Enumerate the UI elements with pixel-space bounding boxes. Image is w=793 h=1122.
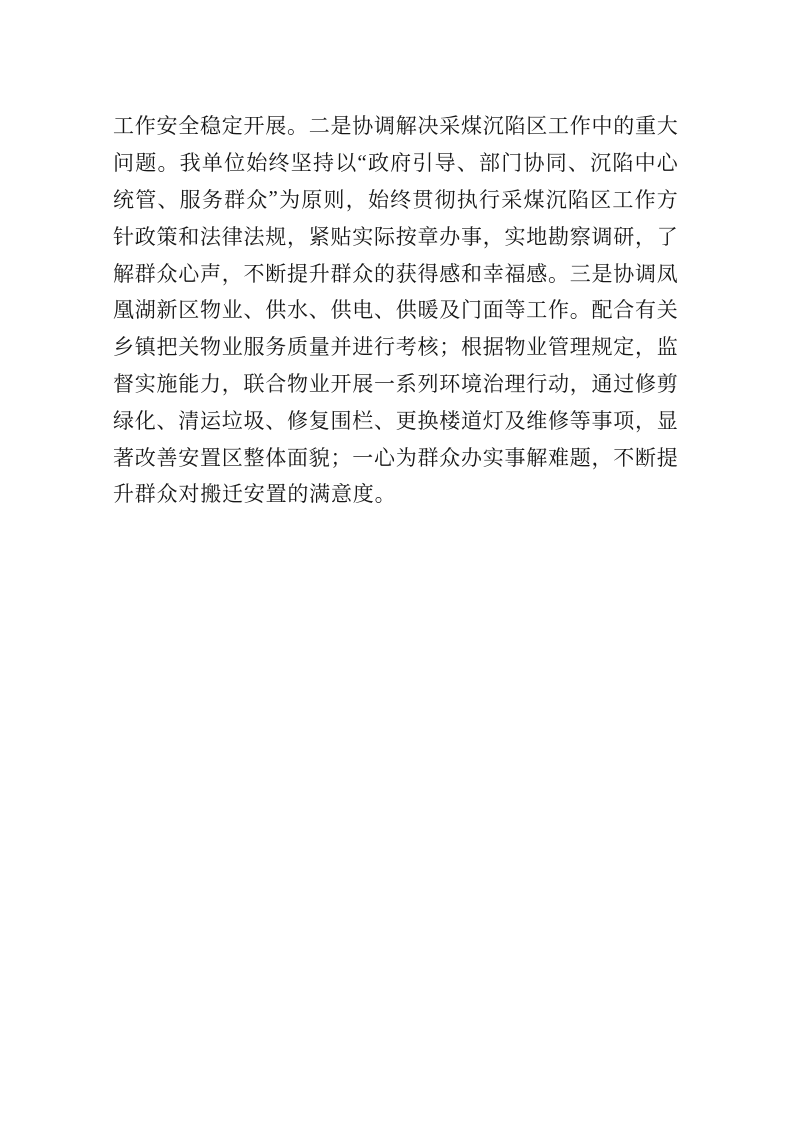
text-char: 垃 [222,405,243,435]
text-char: 三 [570,258,591,288]
text-char: 定 [613,331,634,361]
text-char: 陷 [568,184,589,214]
text-char: ， [287,221,308,251]
text-char: 关 [657,294,678,324]
text-char: 事 [461,221,482,251]
text-char: 陷 [612,147,633,177]
text-char: 为 [396,442,417,472]
text-char: 进 [352,331,373,361]
text-char: 修 [548,405,569,435]
text-char: 监 [657,331,678,361]
text-char: 实 [135,368,156,398]
text-char: 得 [418,258,439,288]
text-char: 导 [435,147,456,177]
text-char: 新 [157,294,178,324]
text-char: “ [357,150,366,175]
text-char: 一 [352,442,373,472]
text-char: 置 [200,442,221,472]
text-char: 复 [309,405,330,435]
text-char: 法 [244,221,265,251]
text-char: 、 [157,405,178,435]
text-char: 紧 [309,221,330,251]
text-char: 众 [246,184,267,214]
text-char: 声 [200,258,221,288]
text-char: 道 [461,405,482,435]
text-char: 坚 [291,147,312,177]
text-line: 问题。我单位始终坚持以“政府引导、部门协同、沉陷中心 [113,144,678,181]
text-char: 门 [461,294,482,324]
text-char: 作 [548,294,569,324]
text-char: 福 [505,258,526,288]
text-char: 面 [483,294,504,324]
text-char: 施 [157,368,178,398]
text-char: 著 [113,442,134,472]
text-char: 、 [457,147,478,177]
text-char: 原 [301,184,322,214]
text-char: 运 [200,405,221,435]
text-char: 作 [570,110,591,140]
text-char: 电 [352,294,373,324]
text-char: 。 [157,147,178,177]
text-line: 乡镇把关物业服务质量并进行考核；根据物业管理规定，监 [113,328,678,365]
text-char: 围 [331,405,352,435]
text-char: 中 [592,110,613,140]
document-page: 工作安全稳定开展。二是协调解决采煤沉陷区工作中的重大问题。我单位始终坚持以“政府… [0,0,793,1122]
text-char: 题 [570,442,591,472]
text-char: 作 [635,184,656,214]
text-char: 同 [546,147,567,177]
text-char: 了 [657,221,678,251]
text-char: 据 [483,331,504,361]
text-char: 置 [266,478,287,508]
text-char: 众 [352,258,373,288]
text-char: 位 [224,147,245,177]
text-char: 并 [331,331,352,361]
text-char: ， [222,368,243,398]
text-char: 业 [222,331,243,361]
text-char: 规 [592,331,613,361]
text-char: 安 [178,442,199,472]
text-char: 区 [526,110,547,140]
text-line: 凰湖新区物业、供水、供电、供暖及门面等工作。配合有关 [113,291,678,328]
text-char: 贴 [331,221,352,251]
text-char: 二 [309,110,330,140]
text-line: 解群众心声，不断提升群众的获得感和幸福感。三是协调凤 [113,254,678,291]
text-char: 列 [418,368,439,398]
text-char: 业 [526,331,547,361]
text-char: 开 [331,368,352,398]
text-char: 管 [548,331,569,361]
text-char: 全 [178,110,199,140]
text-char: 区 [590,184,611,214]
text-char: 定 [222,110,243,140]
text-char: 群 [224,184,245,214]
text-char: 不 [613,442,634,472]
text-char: 合 [613,294,634,324]
text-char: 事 [592,405,613,435]
text-char: 、 [309,294,330,324]
text-char: 楼 [439,405,460,435]
text-char: 实 [483,442,504,472]
text-char: 问 [113,147,134,177]
text-char: 政 [135,221,156,251]
text-char: 调 [592,221,613,251]
text-char: 办 [461,442,482,472]
text-char: 、 [157,184,178,214]
text-char: 众 [439,442,460,472]
text-char: 显 [657,405,678,435]
text-char: 解 [113,258,134,288]
text-char: 。 [570,294,591,324]
text-char: 提 [657,442,678,472]
text-char: 区 [222,442,243,472]
text-char: 展 [265,110,286,140]
text-char: 换 [418,405,439,435]
text-char: 治 [483,368,504,398]
text-char: 工 [548,110,569,140]
text-char: 断 [265,258,286,288]
text-char: 凤 [657,258,678,288]
text-char: 物 [200,331,221,361]
text-char: 对 [178,478,199,508]
text-char: 、 [244,294,265,324]
text-line: 统管、服务群众”为原则，始终贯彻执行采煤沉陷区工作方 [113,181,678,218]
text-char: 、 [568,147,589,177]
text-char: 、 [265,405,286,435]
text-char: ， [592,442,613,472]
text-char: 务 [265,331,286,361]
text-char: 律 [222,221,243,251]
text-char: 行 [526,368,547,398]
text-char: 为 [279,184,300,214]
text-char: 幸 [483,258,504,288]
text-char: ； [439,331,460,361]
text-char: 事 [505,442,526,472]
text-char: 获 [396,258,417,288]
text-char: 感 [439,258,460,288]
text-char: 、 [374,294,395,324]
text-char: 察 [570,221,591,251]
text-char: 和 [178,221,199,251]
text-char: 整 [244,442,265,472]
text-char: 。 [287,110,308,140]
text-char: 地 [526,221,547,251]
text-char: 的 [613,110,634,140]
text-char: 通 [592,368,613,398]
text-char: 度 [353,478,374,508]
text-char: 镇 [135,331,156,361]
text-char: 稳 [200,110,221,140]
text-char: 规 [265,221,286,251]
text-char: 务 [202,184,223,214]
text-char: 执 [457,184,478,214]
text-char: 管 [135,184,156,214]
text-char: 一 [374,368,395,398]
text-char: 提 [287,258,308,288]
text-char: 等 [570,405,591,435]
text-char: 协 [613,258,634,288]
text-char: 终 [269,147,290,177]
text-char: 体 [265,442,286,472]
text-char: 系 [396,368,417,398]
text-char: 业 [222,294,243,324]
text-char: 方 [657,184,678,214]
text-char: ， [635,221,656,251]
text-char: 及 [439,294,460,324]
text-char: 沉 [546,184,567,214]
text-char: 。 [375,478,396,508]
text-char: 动 [548,368,569,398]
text-char: 清 [178,405,199,435]
text-char: 策 [157,221,178,251]
text-char: 是 [592,258,613,288]
text-char: 彻 [435,184,456,214]
text-char: 以 [335,147,356,177]
text-char: 修 [635,368,656,398]
text-char: 我 [180,147,201,177]
text-char: 陷 [505,110,526,140]
text-char: ” [269,186,278,211]
text-char: 协 [523,147,544,177]
text-char: 安 [244,478,265,508]
text-char: 中 [635,147,656,177]
text-char: 群 [135,258,156,288]
text-char: 众 [157,258,178,288]
text-char: 湖 [135,294,156,324]
text-char: 栏 [352,405,373,435]
text-char: 合 [265,368,286,398]
text-char: 调 [374,110,395,140]
text-char: 的 [374,258,395,288]
text-char: 众 [157,478,178,508]
text-char: 剪 [657,368,678,398]
text-char: 行 [374,331,395,361]
text-char: 绿 [113,405,134,435]
text-char: 调 [635,258,656,288]
text-char: 群 [331,258,352,288]
text-line: 绿化、清运垃圾、修复围栏、更换楼道灯及维修等事项，显 [113,401,678,438]
text-char: 核 [418,331,439,361]
text-char: 则 [324,184,345,214]
text-char: 关 [178,331,199,361]
text-char: 面 [287,442,308,472]
text-char: 办 [439,221,460,251]
text-char: 工 [526,294,547,324]
text-char: 理 [570,331,591,361]
text-char: 沉 [483,110,504,140]
text-char: 始 [368,184,389,214]
text-char: 物 [287,368,308,398]
text-char: 贯 [412,184,433,214]
text-char: 迁 [222,478,243,508]
text-char: 服 [244,331,265,361]
text-char: 法 [200,221,221,251]
text-char: 维 [526,405,547,435]
text-char: 的 [287,478,308,508]
text-char: 单 [202,147,223,177]
text-char: 按 [396,221,417,251]
text-char: 实 [352,221,373,251]
text-char: 等 [505,294,526,324]
text-char: 升 [113,478,134,508]
text-char: 质 [287,331,308,361]
text-char: ， [635,331,656,361]
text-char: 业 [309,368,330,398]
text-char: 心 [657,147,678,177]
text-char: 更 [396,405,417,435]
text-char: 力 [200,368,221,398]
text-char: 考 [396,331,417,361]
text-char: 终 [390,184,411,214]
text-char: 根 [461,331,482,361]
text-char: 工 [113,110,134,140]
text-char: 物 [505,331,526,361]
text-char: 心 [374,442,395,472]
text-char: ， [570,368,591,398]
text-char: 行 [479,184,500,214]
text-char: 化 [135,405,156,435]
text-char: 开 [244,110,265,140]
text-char: 群 [418,442,439,472]
text-char: ， [346,184,367,214]
text-char: 项 [613,405,634,435]
text-char: 圾 [244,405,265,435]
text-char: 决 [418,110,439,140]
body-paragraph: 工作安全稳定开展。二是协调解决采煤沉陷区工作中的重大问题。我单位始终坚持以“政府… [113,107,678,512]
text-char: 重 [635,110,656,140]
text-char: 大 [657,110,678,140]
text-char: 政 [368,147,389,177]
text-line: 针政策和法律法规，紧贴实际按章办事，实地勘察调研，了 [113,217,678,254]
text-char: 安 [157,110,178,140]
text-char: 展 [352,368,373,398]
text-char: ， [635,405,656,435]
text-char: 、 [374,405,395,435]
text-char: 采 [439,110,460,140]
text-char: ， [222,258,243,288]
text-char: 供 [331,294,352,324]
text-char: 作 [135,110,156,140]
text-char: 断 [635,442,656,472]
text-char: 配 [592,294,613,324]
text-char: 环 [439,368,460,398]
text-char: 府 [390,147,411,177]
text-line: 升群众对搬迁安置的满意度。 [113,475,678,512]
text-char: 把 [157,331,178,361]
text-line: 督实施能力，联合物业开展一系列环境治理行动，通过修剪 [113,365,678,402]
text-char: ， [483,221,504,251]
text-char: 群 [135,478,156,508]
text-char: 门 [501,147,522,177]
text-char: 和 [461,258,482,288]
text-char: 解 [526,442,547,472]
text-char: 升 [309,258,330,288]
text-char: 过 [613,368,634,398]
text-char: 乡 [113,331,134,361]
text-char: 督 [113,368,134,398]
text-char: 持 [313,147,334,177]
text-char: 善 [157,442,178,472]
text-char: 引 [412,147,433,177]
text-char: 满 [309,478,330,508]
text-char: 际 [374,221,395,251]
text-char: 始 [246,147,267,177]
text-char: 协 [352,110,373,140]
text-char: 不 [244,258,265,288]
text-char: 针 [113,221,134,251]
text-char: 灯 [483,405,504,435]
text-char: 难 [548,442,569,472]
text-char: 有 [635,294,656,324]
text-char: 心 [178,258,199,288]
text-char: 勘 [548,221,569,251]
text-char: 沉 [590,147,611,177]
text-char: 解 [396,110,417,140]
text-char: 物 [200,294,221,324]
text-char: 供 [265,294,286,324]
text-char: 题 [135,147,156,177]
text-line: 工作安全稳定开展。二是协调解决采煤沉陷区工作中的重大 [113,107,678,144]
text-char: 区 [178,294,199,324]
text-char: 能 [178,368,199,398]
text-char: 修 [287,405,308,435]
text-char: 是 [331,110,352,140]
text-char: 暖 [418,294,439,324]
text-char: 研 [613,221,634,251]
text-char: 统 [113,184,134,214]
text-char: 服 [180,184,201,214]
text-char: 境 [461,368,482,398]
text-char: 改 [135,442,156,472]
text-char: 部 [479,147,500,177]
text-char: 章 [418,221,439,251]
text-char: 搬 [200,478,221,508]
text-char: 量 [309,331,330,361]
text-char: 凰 [113,294,134,324]
text-char: 采 [501,184,522,214]
text-char: ； [331,442,352,472]
text-char: 实 [505,221,526,251]
text-char: 联 [244,368,265,398]
text-line: 著改善安置区整体面貌；一心为群众办实事解难题，不断提 [113,438,678,475]
text-char: 。 [548,258,569,288]
text-char: 工 [612,184,633,214]
text-char: 貌 [309,442,330,472]
text-char: 及 [505,405,526,435]
text-char: 煤 [523,184,544,214]
text-char: 水 [287,294,308,324]
text-char: 煤 [461,110,482,140]
text-char: 供 [396,294,417,324]
text-char: 感 [526,258,547,288]
text-char: 理 [505,368,526,398]
text-char: 意 [331,478,352,508]
